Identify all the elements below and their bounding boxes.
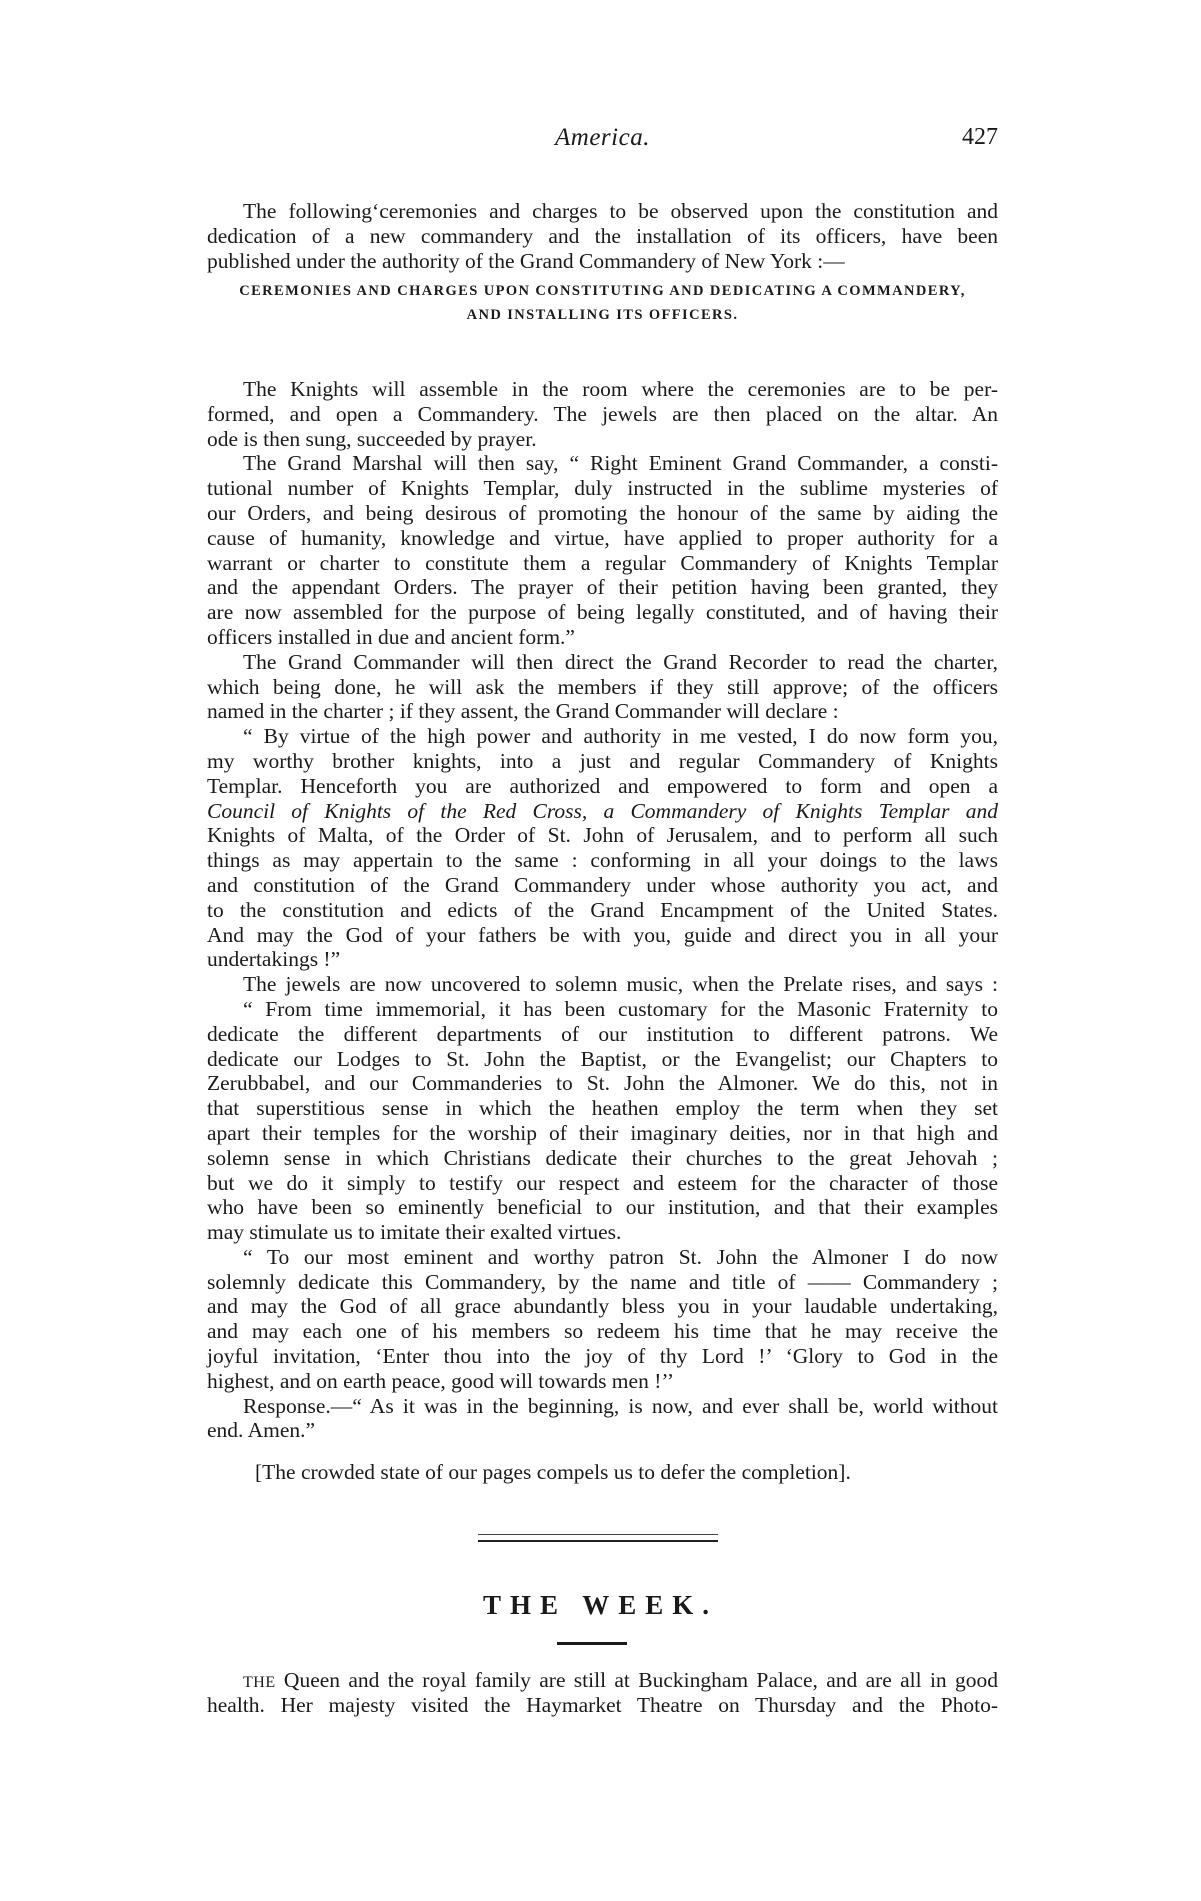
body-line: Response.—“ As it was in the beginning, … <box>207 1394 998 1419</box>
body-line: The Grand Marshal will then say, “ Right… <box>207 451 998 476</box>
body-line: The Knights will assemble in the room wh… <box>207 377 998 402</box>
body-line: Knights of Malta, of the Order of St. Jo… <box>207 823 998 848</box>
body-line: And may the God of your fathers be with … <box>207 923 998 948</box>
intro-line: published under the authority of the Gra… <box>207 249 998 274</box>
body-line: solemnly dedicate this Commandery, by th… <box>207 1270 998 1295</box>
body-line: and may each one of his members so redee… <box>207 1319 998 1344</box>
body-line: may stimulate us to imitate their exalte… <box>207 1220 998 1245</box>
body-line: highest, and on earth peace, good will t… <box>207 1369 998 1394</box>
body-line: officers installed in due and ancient fo… <box>207 625 998 650</box>
body-line: apart their temples for the worship of t… <box>207 1121 998 1146</box>
body-line: joyful invitation, ‘Enter thou into the … <box>207 1344 998 1369</box>
editorial-note: [The crowded state of our pages compels … <box>207 1460 998 1485</box>
body-line: tutional number of Knights Templar, duly… <box>207 476 998 501</box>
smallcaps-lead: THE <box>243 1674 276 1691</box>
body-line: are now assembled for the purpose of bei… <box>207 600 998 625</box>
body-line: “ To our most eminent and worthy patron … <box>207 1245 998 1270</box>
section-heading: CEREMONIES AND CHARGES UPON CONSTITUTING… <box>195 279 1010 327</box>
body-line: and may the God of all grace abundantly … <box>207 1294 998 1319</box>
intro-line: The followingʻceremonies and charges to … <box>207 199 998 224</box>
section-heading-line-2: AND INSTALLING ITS OFFICERS. <box>195 303 1010 327</box>
section-separator-rule <box>478 1534 718 1542</box>
body-line: that superstitious sense in which the he… <box>207 1096 998 1121</box>
intro-line: dedication of a new commandery and the i… <box>207 224 998 249</box>
body-line: “ By virtue of the high power and author… <box>207 724 998 749</box>
body-line: undertakings !” <box>207 947 998 972</box>
body-line: cause of humanity, knowledge and virtue,… <box>207 526 998 551</box>
body-line: Templar. Henceforth you are authorized a… <box>207 774 998 799</box>
body-line: which being done, he will ask the member… <box>207 675 998 700</box>
body-line: and constitution of the Grand Commandery… <box>207 873 998 898</box>
body-line: formed, and open a Commandery. The jewel… <box>207 402 998 427</box>
the-week-heading: THE WEEK. <box>0 1590 1201 1621</box>
the-week-line-2: health. Her majesty visited the Haymarke… <box>207 1693 998 1718</box>
body-line: end. Amen.” <box>207 1418 998 1443</box>
body-line: who have been so eminently beneficial to… <box>207 1195 998 1220</box>
editorial-note-block: [The crowded state of our pages compels … <box>207 1460 998 1485</box>
the-week-line-1: THE Queen and the royal family are still… <box>207 1668 998 1693</box>
running-head: America. 427 <box>207 124 998 154</box>
body-line: my worthy brother knights, into a just a… <box>207 749 998 774</box>
running-title: America. <box>207 124 998 152</box>
body-line: our Orders, and being desirous of promot… <box>207 501 998 526</box>
body-line: warrant or charter to constitute them a … <box>207 551 998 576</box>
body-line: “ From time immemorial, it has been cust… <box>207 997 998 1022</box>
body-line: and the appendant Orders. The prayer of … <box>207 575 998 600</box>
body-line: The jewels are now uncovered to solemn m… <box>207 972 998 997</box>
body-line: Council of Knights of the Red Cross, a C… <box>207 799 998 824</box>
the-week-line-1-text: Queen and the royal family are still at … <box>276 1668 998 1692</box>
section-heading-line-1: CEREMONIES AND CHARGES UPON CONSTITUTING… <box>195 279 1010 303</box>
page-number: 427 <box>962 124 998 151</box>
body-text: The Knights will assemble in the room wh… <box>207 377 998 1443</box>
intro-paragraph: The followingʻceremonies and charges to … <box>207 199 998 273</box>
body-line: dedicate our Lodges to St. John the Bapt… <box>207 1047 998 1072</box>
body-line: but we do it simply to testify our respe… <box>207 1171 998 1196</box>
body-line: dedicate the different departments of ou… <box>207 1022 998 1047</box>
the-week-paragraph: THE Queen and the royal family are still… <box>207 1668 998 1718</box>
body-line: ode is then sung, succeeded by prayer. <box>207 427 998 452</box>
scanned-page: America. 427 The followingʻceremonies an… <box>0 0 1201 1901</box>
body-line: to the constitution and edicts of the Gr… <box>207 898 998 923</box>
body-line: things as may appertain to the same : co… <box>207 848 998 873</box>
body-line: solemn sense in which Christians dedicat… <box>207 1146 998 1171</box>
body-line: named in the charter ; if they assent, t… <box>207 699 998 724</box>
body-line: The Grand Commander will then direct the… <box>207 650 998 675</box>
heading-underline-rule <box>557 1642 627 1645</box>
body-line: Zerubbabel, and our Commanderies to St. … <box>207 1071 998 1096</box>
